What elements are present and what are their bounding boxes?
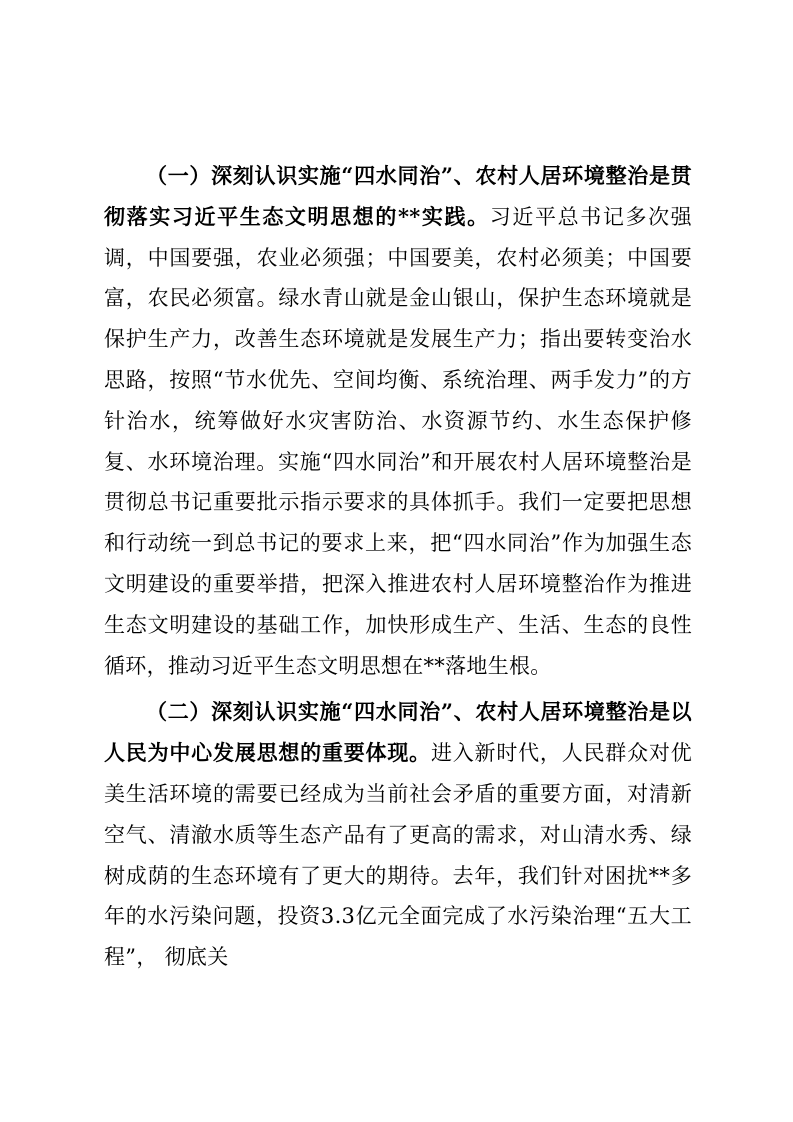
- document-page: （一）深刻认识实施“四水同治”、农村人居环境整治是贯彻落实习近平生态文明思想的*…: [104, 156, 692, 978]
- paragraph-2: （二）深刻认识实施“四水同治”、农村人居环境整治是以人民为中心发展思想的重要体现…: [104, 692, 692, 978]
- paragraph-2-body: 进入新时代，人民群众对优美生活环境的需要已经成为当前社会矛盾的重要方面，对清新空…: [104, 741, 692, 969]
- paragraph-1-body: 习近平总书记多次强调，中国要强，农业必须强；中国要美，农村必须美；中国要富，农民…: [104, 205, 692, 678]
- paragraph-1: （一）深刻认识实施“四水同治”、农村人居环境整治是贯彻落实习近平生态文明思想的*…: [104, 156, 692, 686]
